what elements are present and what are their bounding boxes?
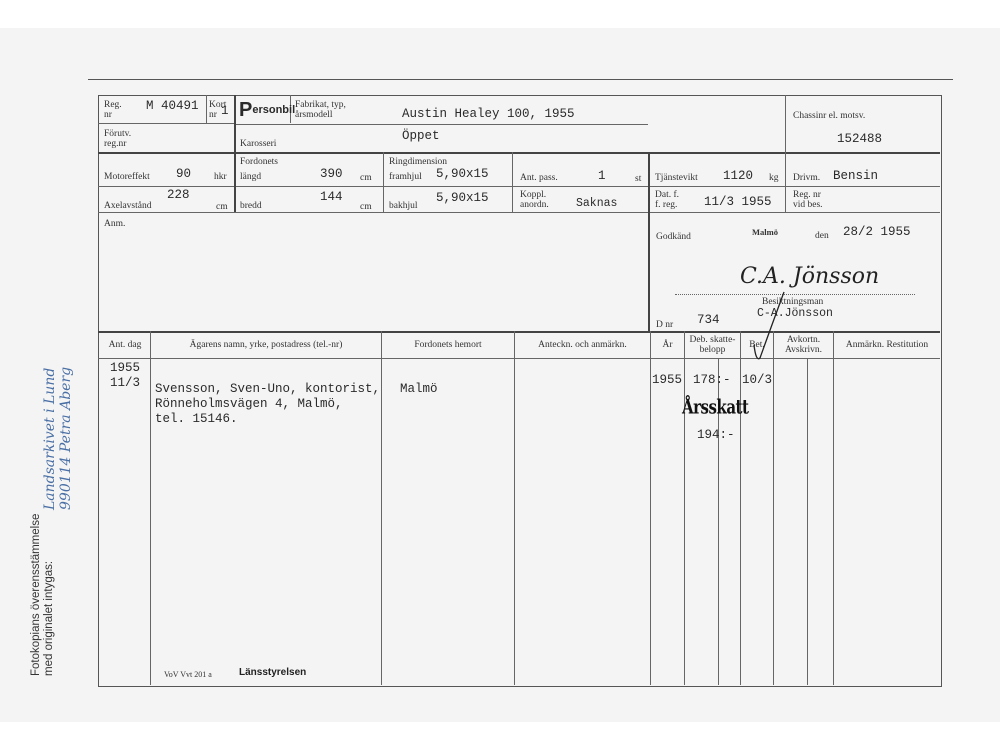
hemort-value: Malmö <box>400 382 438 396</box>
bet-value: 10/3 <box>742 373 772 387</box>
header-deb-belopp: Deb. skatte-belopp <box>685 335 740 355</box>
forutv-label: Förutv.reg.nr <box>104 129 131 149</box>
chassis-value: 152488 <box>837 132 882 146</box>
rule <box>98 123 234 124</box>
langd-label: längd <box>240 172 261 182</box>
dnr-label: D nr <box>656 320 673 330</box>
ar-value: 1955 <box>652 373 682 387</box>
rule <box>740 331 741 685</box>
handwritten-line-1: Landsarkivet i Lund <box>42 367 58 510</box>
form-code: VoV Vvt 201 a <box>164 670 212 679</box>
kort-nr-value: 1 <box>221 104 229 118</box>
axelavstand-label: Axelavstånd <box>104 201 152 211</box>
drivm-label: Drivm. <box>793 173 820 183</box>
rule <box>98 152 940 154</box>
signature-line <box>675 294 915 295</box>
axelavstand-unit: cm <box>216 202 228 212</box>
chassis-label: Chassinr el. motsv. <box>793 111 865 121</box>
langd-unit: cm <box>360 173 372 183</box>
rule <box>98 358 940 359</box>
ant-pass-value: 1 <box>598 169 606 183</box>
ringdimension-label: Ringdimension <box>389 157 447 167</box>
vehicle-type-rest: ersonbil <box>252 104 295 116</box>
motoreffekt-value: 90 <box>176 167 191 181</box>
dat-value: 11/3 1955 <box>704 195 772 209</box>
bredd-value: 144 <box>320 190 343 204</box>
authority-name: Länsstyrelsen <box>239 667 306 678</box>
header-anteckn: Anteckn. och anmärkn. <box>515 340 650 350</box>
handwritten-certification: Landsarkivet i Lund 990114 Petra Aberg <box>42 367 74 510</box>
rule <box>98 331 940 333</box>
arsskatt-stamp: Årsskatt <box>682 395 748 418</box>
langd-value: 390 <box>320 167 343 181</box>
certification-print: Fotokopians överensstämmelse med origina… <box>30 514 56 676</box>
den-label: den <box>815 231 829 241</box>
certification-line-1: Fotokopians överensstämmelse <box>30 514 43 676</box>
reg-nr-value: M 40491 <box>146 99 199 113</box>
rule <box>648 152 650 331</box>
ant-dag-date: 11/3 <box>110 376 140 390</box>
header-ar: År <box>651 340 684 350</box>
deb-belopp-2-value: 194:- <box>697 428 735 442</box>
vehicle-type-initial: P <box>239 99 252 121</box>
karosseri-value: Öppet <box>402 129 440 143</box>
motoreffekt-label: Motoreffekt <box>104 172 150 182</box>
reg-nr-label: Reg.nr <box>104 100 122 120</box>
rule <box>785 95 786 212</box>
ant-pass-label: Ant. pass. <box>520 173 558 183</box>
karosseri-label: Karosseri <box>240 139 276 149</box>
inspector-signature: C.A. Jönsson <box>740 264 879 289</box>
fabrikat-label: Fabrikat, typ,årsmodell <box>295 100 346 120</box>
rule <box>773 331 774 685</box>
rule <box>234 124 648 125</box>
owner-line-1: Svensson, Sven-Uno, kontorist, <box>155 382 380 396</box>
dnr-value: 734 <box>697 313 720 327</box>
rule <box>383 152 384 212</box>
rule <box>98 186 940 187</box>
rule <box>98 212 940 213</box>
fabrikat-value: Austin Healey 100, 1955 <box>402 107 575 121</box>
rule <box>512 152 513 212</box>
framhjul-value: 5,90x15 <box>436 167 489 181</box>
rule <box>381 331 382 685</box>
godkand-label: Godkänd <box>656 232 691 242</box>
rule <box>514 331 515 685</box>
fordonets-label: Fordonets <box>240 157 278 167</box>
rule <box>833 331 834 685</box>
motoreffekt-unit: hkr <box>214 172 227 182</box>
tjanstevikt-label: Tjänstevikt <box>655 173 698 183</box>
rule <box>234 95 236 212</box>
bredd-unit: cm <box>360 202 372 212</box>
header-hemort: Fordonets hemort <box>382 340 514 350</box>
bakhjul-value: 5,90x15 <box>436 191 489 205</box>
rule <box>150 331 151 685</box>
rule <box>807 358 808 685</box>
top-rule <box>88 79 953 80</box>
check-mark-icon <box>748 290 788 365</box>
rule <box>684 331 685 685</box>
tjanstevikt-value: 1120 <box>723 169 753 183</box>
certification-line-2: med originalet intygas: <box>43 514 56 676</box>
bakhjul-label: bakhjul <box>389 201 418 211</box>
ant-pass-unit: st <box>635 174 641 184</box>
header-owner: Ägarens namn, yrke, postadress (tel.-nr) <box>151 340 381 350</box>
owner-line-2: Rönneholmsvägen 4, Malmö, <box>155 397 343 411</box>
deb-belopp-value: 178:- <box>693 373 731 387</box>
owner-line-3: tel. 15146. <box>155 412 238 426</box>
tjanstevikt-unit: kg <box>769 173 779 183</box>
rule <box>206 95 207 123</box>
handwritten-line-2: 990114 Petra Aberg <box>58 367 74 510</box>
regnr-bes-label: Reg. nrvid bes. <box>793 190 823 210</box>
dat-label: Dat. f.f. reg. <box>655 190 679 210</box>
ant-dag-year: 1955 <box>110 361 140 375</box>
koppl-label: Koppl.anordn. <box>520 190 549 210</box>
godkand-place: Malmö <box>752 227 778 237</box>
vehicle-type: Personbil <box>239 99 295 122</box>
framhjul-label: framhjul <box>389 172 422 182</box>
header-ant-dag: Ant. dag <box>100 340 150 350</box>
bredd-label: bredd <box>240 201 262 211</box>
header-anmarkn: Anmärkn. Restitution <box>834 340 940 350</box>
anm-label: Anm. <box>104 219 125 229</box>
koppl-value: Saknas <box>576 197 617 210</box>
rule <box>650 331 651 685</box>
drivm-value: Bensin <box>833 169 878 183</box>
axelavstand-value: 228 <box>167 188 190 202</box>
godkand-date: 28/2 1955 <box>843 225 911 239</box>
